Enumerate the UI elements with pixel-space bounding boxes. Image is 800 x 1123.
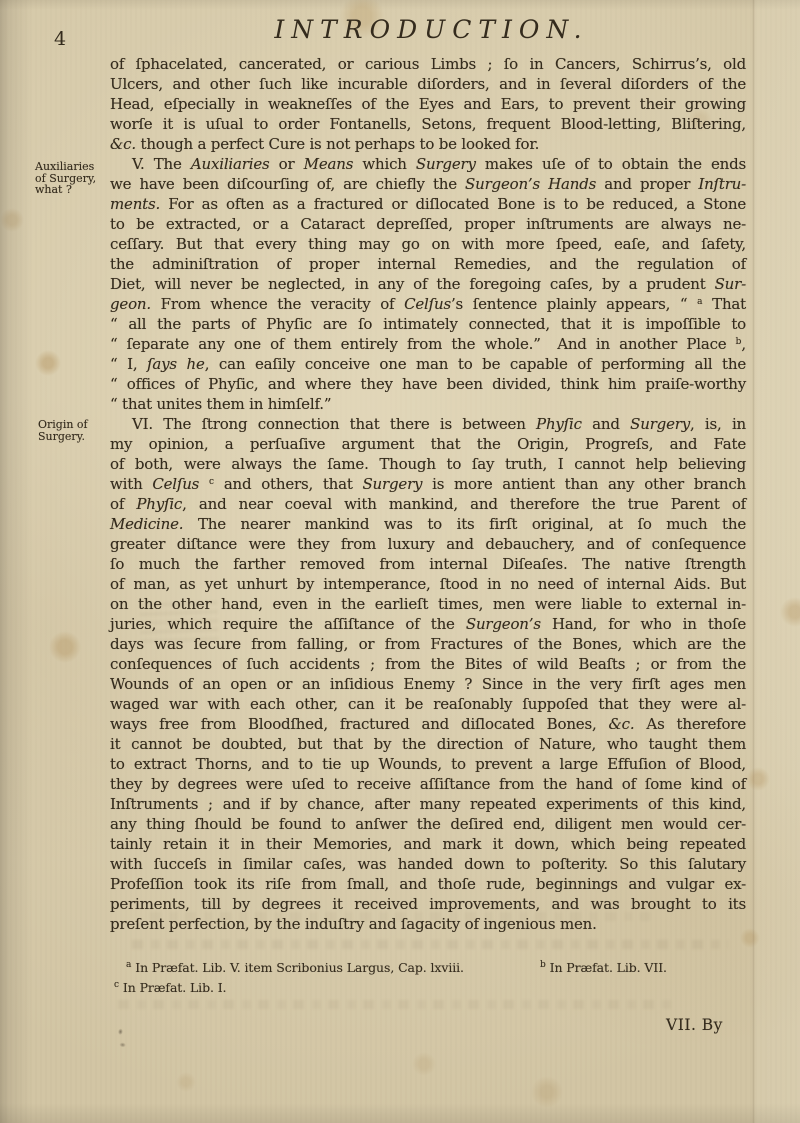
text-line: the adminiſtration of proper internal Re…	[110, 254, 746, 274]
paragraph-continuation: of ſphacelated, cancerated, or carious L…	[110, 54, 746, 154]
text-line: of Phyſic, and near coeval with mankind,…	[110, 494, 746, 514]
verso-bleedthrough	[118, 1000, 678, 1009]
text-line: periments, till by degrees it received i…	[110, 894, 746, 914]
margin-note-line: Auxiliaries	[35, 161, 107, 173]
text-line: preſent perfection, by the induſtry and …	[110, 914, 746, 934]
footnote-text: In Præfat. Lib. V. item Scribonius Largu…	[135, 960, 464, 975]
footnote-row: c In Præfat. Lib. I.	[110, 978, 750, 998]
paragraph-section-v: V. The Auxiliaries or Means which Surger…	[110, 154, 746, 414]
running-title: INTRODUCTION.	[110, 15, 746, 44]
text-line: ſo much the farther removed from interna…	[110, 554, 746, 574]
footnote-marker: b	[540, 960, 546, 970]
text-line: Wounds of an open or an inſidious Enemy …	[110, 674, 746, 694]
text-line: of both, were always the ſame. Though to…	[110, 454, 746, 474]
text-line: juries, which require the aſſiſtance of …	[110, 614, 746, 634]
text-line: to be extracted, or a Cataract depreſſed…	[110, 214, 746, 234]
footnote-row: a In Præfat. Lib. V. item Scribonius Lar…	[110, 958, 750, 978]
text-line: my opinion, a perſuaſive argument that t…	[110, 434, 746, 454]
text-line: any thing ſhould be found to anſwer the …	[110, 814, 746, 834]
footnote-text: In Præfat. Lib. I.	[123, 980, 227, 995]
text-line: ways free from Bloodſhed, fractured and …	[110, 714, 746, 734]
text-line: geon. From whence the veracity of Celſus…	[110, 294, 746, 314]
text-line: Ulcers, and other ſuch like incurable di…	[110, 74, 746, 94]
page-number: 4	[54, 28, 66, 50]
paragraph-section-vi: VI. The ſtrong connection that there is …	[110, 414, 746, 934]
verso-bleedthrough	[132, 940, 728, 949]
footnote-c: c In Præfat. Lib. I.	[114, 978, 226, 998]
margin-note-auxiliaries-of-surgery: Auxiliaries of Surgery, what ?	[35, 161, 107, 196]
footnotes: a In Præfat. Lib. V. item Scribonius Lar…	[110, 958, 750, 998]
text-line: Inſtruments ; and if by chance, after ma…	[110, 794, 746, 814]
text-line: on the other hand, even in the earlieſt …	[110, 594, 746, 614]
text-line: worſe it is uſual to order Fontanells, S…	[110, 114, 746, 134]
footnote-marker: a	[126, 960, 131, 970]
text-line: “ I, ſays he, can eaſily conceive one ma…	[110, 354, 746, 374]
text-line: days was ſecure from falling, or from Fr…	[110, 634, 746, 654]
text-line: to extract Thorns, and to tie up Wounds,…	[110, 754, 746, 774]
text-line: with Celſus c and others, that Surgery i…	[110, 474, 746, 494]
text-line: “ ſeparate any one of them entirely from…	[110, 334, 746, 354]
text-line: “ offices of Phyſic, and where they have…	[110, 374, 746, 394]
text-line: Diet, will never be neglected, in any of…	[110, 274, 746, 294]
ink-smudge	[112, 1025, 131, 1051]
footnote-a: a In Præfat. Lib. V. item Scribonius Lar…	[126, 958, 464, 978]
text-line: “ that unites them in himſelf.”	[110, 394, 746, 414]
catchword: VII. By	[666, 1016, 723, 1034]
margin-note-line: Surgery.	[38, 431, 110, 443]
text-line: ments. For as often as a fractured or di…	[110, 194, 746, 214]
text-line: Head, eſpecially in weakneſſes of the Ey…	[110, 94, 746, 114]
text-line: greater diſtance were they from luxury a…	[110, 534, 746, 554]
footnote-text: In Præfat. Lib. VII.	[550, 960, 667, 975]
footnote-b: b In Præfat. Lib. VII.	[540, 958, 667, 978]
text-line: VI. The ſtrong connection that there is …	[110, 414, 746, 434]
body-text: of ſphacelated, cancerated, or carious L…	[110, 54, 746, 934]
margin-note-line: what ?	[35, 184, 107, 196]
text-line: conſequences of ſuch accidents ; from th…	[110, 654, 746, 674]
text-line: of ſphacelated, cancerated, or carious L…	[110, 54, 746, 74]
text-line: with ſucceſs in ſimilar caſes, was hande…	[110, 854, 746, 874]
text-line: Medicine. The nearer mankind was to its …	[110, 514, 746, 534]
text-line: &c. though a perfect Cure is not perhaps…	[110, 134, 746, 154]
text-line: it cannot be doubted, but that by the di…	[110, 734, 746, 754]
text-line: they by degrees were uſed to receive aſſ…	[110, 774, 746, 794]
text-line: V. The Auxiliaries or Means which Surger…	[110, 154, 746, 174]
text-line: waged war with each other, can it be rea…	[110, 694, 746, 714]
text-line: “ all the parts of Phyſic are ſo intimat…	[110, 314, 746, 334]
text-line: Profeſſion took its riſe from ſmall, and…	[110, 874, 746, 894]
text-line: ceſſary. But that every thing may go on …	[110, 234, 746, 254]
text-line: of man, as yet unhurt by intemperance, ſ…	[110, 574, 746, 594]
margin-note-origin-of-surgery: Origin of Surgery.	[38, 419, 110, 442]
text-line: tainly retain it in their Memories, and …	[110, 834, 746, 854]
book-page: 4 INTRODUCTION. Auxiliaries of Surgery, …	[0, 0, 800, 1123]
margin-note-line: Origin of	[38, 419, 110, 431]
footnote-marker: c	[114, 980, 119, 990]
text-line: we have been diſcourſing of, are chiefly…	[110, 174, 746, 194]
